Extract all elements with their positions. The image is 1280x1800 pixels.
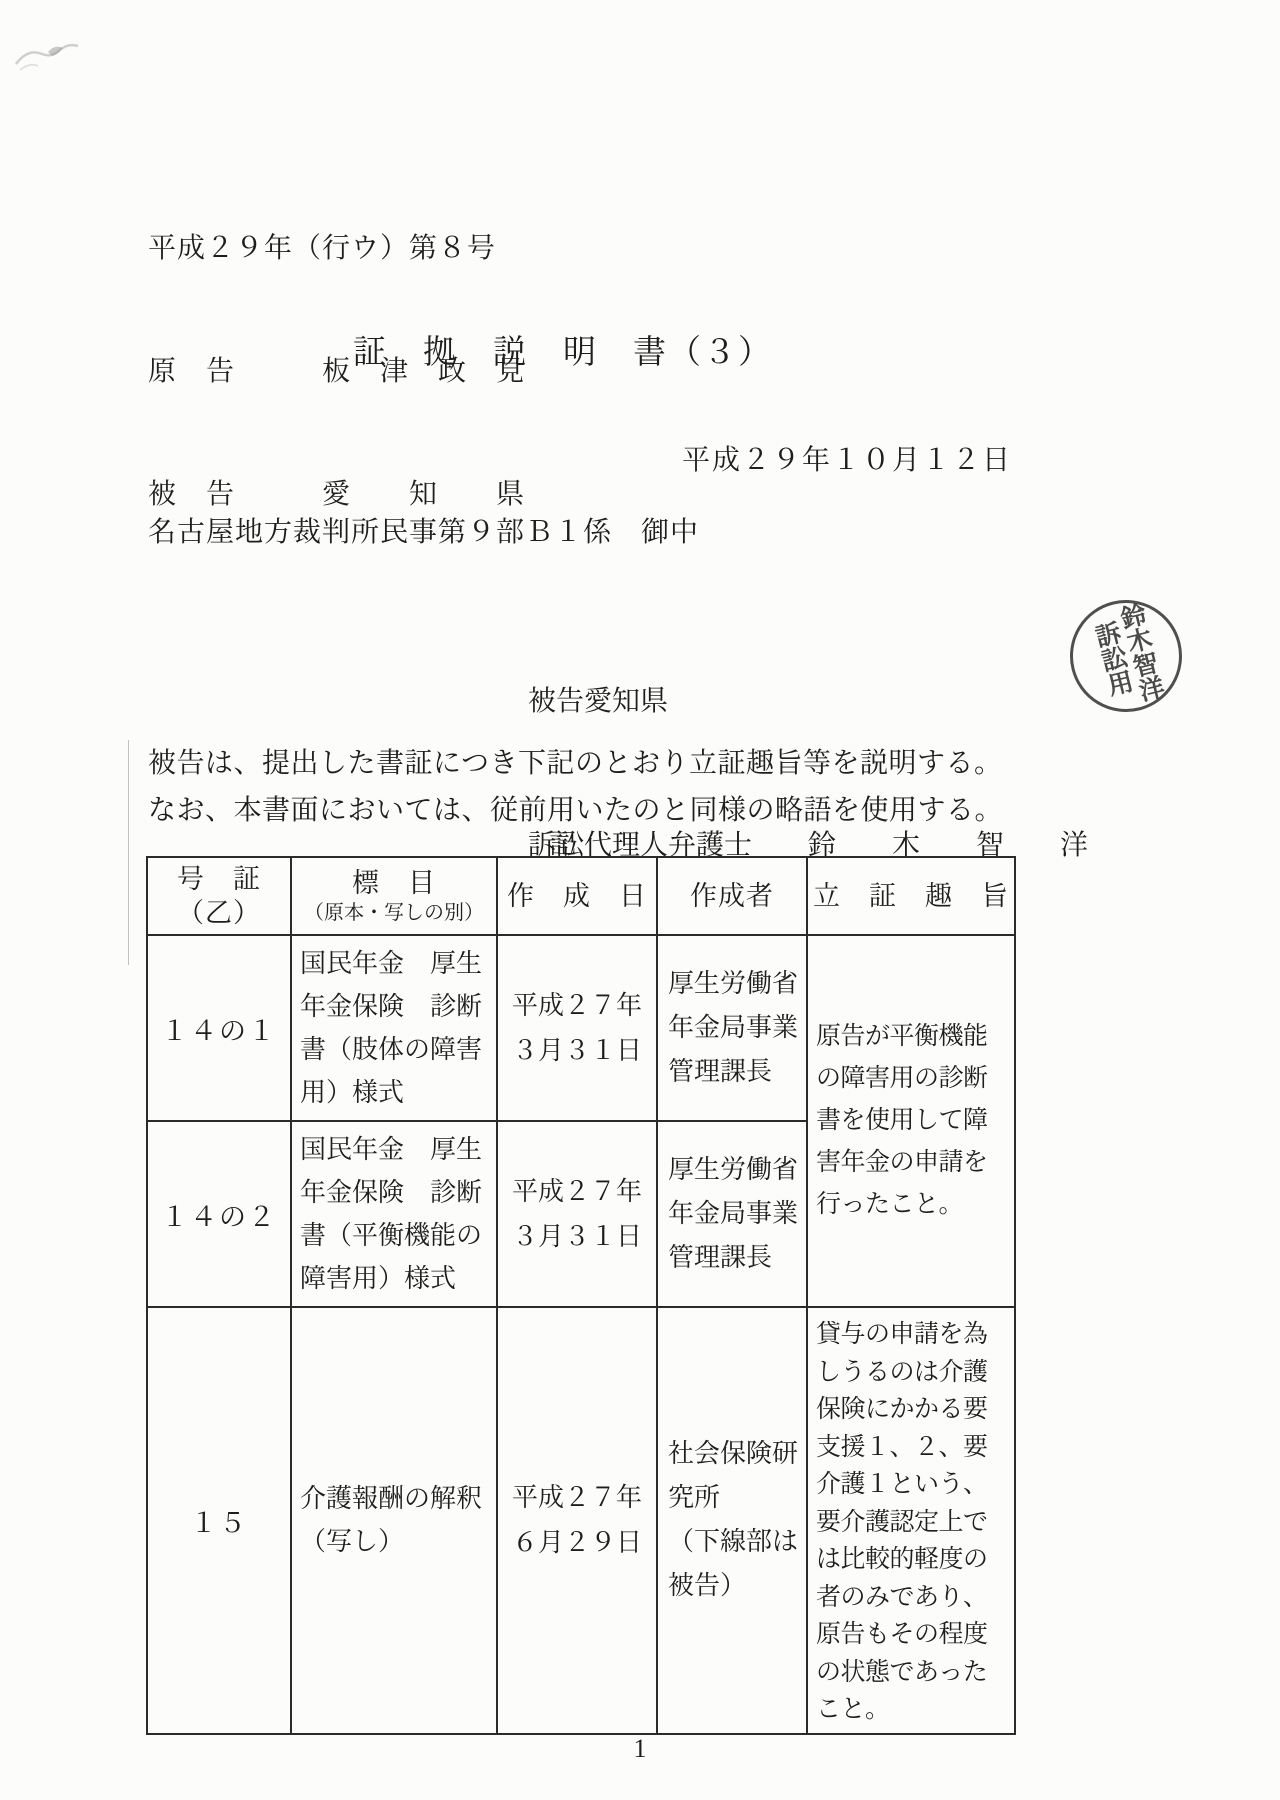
evidence-no-cell: １４の２ [147, 1121, 291, 1307]
header-purpose: 立 証 趣 旨 [807, 857, 1015, 935]
evidence-no-cell: １４の１ [147, 935, 291, 1121]
evidence-date-cell: 平成２７年 ３月３１日 [497, 935, 657, 1121]
header-author: 作成者 [657, 857, 807, 935]
body-line-1: 被告は、提出した書証につき下記のとおり立証趣旨等を説明する。 [148, 740, 1038, 787]
header-evidence-no: 号 証（乙） [147, 857, 291, 935]
evidence-date-cell: 平成２７年 ３月３１日 [497, 1121, 657, 1307]
evidence-title-cell: 介護報酬の解釈 （写し） [291, 1307, 497, 1734]
evidence-table-header-row: 号 証（乙） 標 目 （原本・写しの別） 作 成 日 作成者 立 証 趣 旨 [147, 857, 1015, 935]
scanned-document-page: 平成２９年（行ウ）第８号 原 告 板 津 政 見 被 告 愛 知 県 証 拠 説… [0, 0, 1280, 1800]
evidence-no-cell: １５ [147, 1307, 291, 1734]
evidence-author-cell: 厚生労働省 年金局事業 管理課長 [657, 1121, 807, 1307]
header-title: 標 目 （原本・写しの別） [291, 857, 497, 935]
scan-line-artifact [128, 740, 129, 965]
document-date: 平成２９年１０月１２日 [148, 438, 1012, 478]
header-created-date: 作 成 日 [497, 857, 657, 935]
court-address-line: 名古屋地方裁判所民事第９部Ｂ１係 御中 [148, 510, 699, 550]
evidence-title-cell: 国民年金 厚生年金保険 診断書（肢体の障害用）様式 [291, 935, 497, 1121]
evidence-title-cell: 国民年金 厚生年金保険 診断書（平衡機能の障害用）様式 [291, 1121, 497, 1307]
evidence-date-cell: 平成２７年 ６月２９日 [497, 1307, 657, 1734]
submitter-name: 被告愛知県 [528, 678, 1088, 726]
table-row: １４の１ 国民年金 厚生年金保険 診断書（肢体の障害用）様式 平成２７年 ３月３… [147, 935, 1015, 1121]
evidence-purpose-cell: 貸与の申請を為しうるのは介護保険にかかる要支援１、２、要介護１という、要介護認定… [807, 1307, 1015, 1734]
page-number: 1 [0, 1734, 1280, 1764]
evidence-author-cell: 厚生労働省 年金局事業 管理課長 [657, 935, 807, 1121]
table-row: １５ 介護報酬の解釈 （写し） 平成２７年 ６月２９日 社会保険研究所 （下線部… [147, 1307, 1015, 1734]
body-paragraphs: 被告は、提出した書証につき下記のとおり立証趣旨等を説明する。 なお、本書面におい… [148, 740, 1038, 834]
evidence-table: 号 証（乙） 標 目 （原本・写しの別） 作 成 日 作成者 立 証 趣 旨 １… [146, 856, 1016, 1735]
evidence-author-cell: 社会保険研究所 （下線部は被告） [657, 1307, 807, 1734]
case-number: 平成２９年（行ウ）第８号 [148, 228, 525, 269]
document-title: 証 拠 説 明 書（３） [148, 326, 978, 373]
evidence-purpose-cell-merged: 原告が平衡機能の障害用の診断書を使用して障害年金の申請を行ったこと。 [807, 935, 1015, 1307]
pencil-scribble-mark [8, 18, 108, 88]
defendant-line: 被 告 愛 知 県 [148, 474, 525, 515]
